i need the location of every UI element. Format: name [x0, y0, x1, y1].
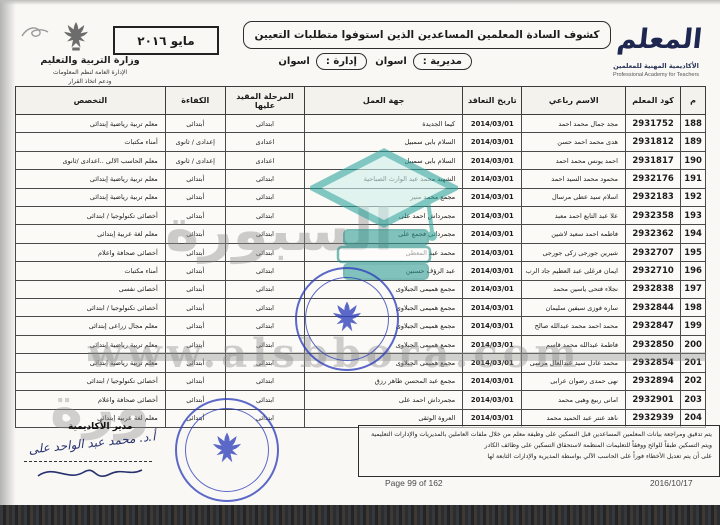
cell-date: 2014/03/01 [463, 207, 522, 225]
cell-specialty: أمناء مكتبات [16, 133, 166, 151]
cell-specialty: أخصائى صحافة واعلام [16, 391, 166, 409]
cell-stage: ابتدائى [225, 280, 304, 298]
cell-no: 194 [681, 225, 706, 243]
cell-date: 2014/03/01 [463, 188, 522, 206]
cell-specialty: أخصائى تكنولوجيا / ابتدائى [16, 299, 166, 317]
cell-competency: أبتدائى [165, 280, 225, 298]
header-name: الاسم رباعي [522, 87, 626, 115]
cell-specialty: معلم تربية رياضية إبتدائى [16, 170, 166, 188]
cell-no: 193 [681, 207, 706, 225]
cell-date: 2014/03/01 [463, 170, 522, 188]
graduation-cap-watermark-icon [310, 148, 458, 286]
page-number: Page 99 of 162 [385, 478, 443, 488]
cell-no: 188 [681, 115, 706, 133]
cell-no: 192 [681, 188, 706, 206]
cell-stage: ابتدائى [225, 207, 304, 225]
cell-stage: ابتدائى [225, 170, 304, 188]
cell-name: مجد جمال محمد احمد [522, 115, 626, 133]
cell-stage: ابتدائى [225, 317, 304, 335]
ministry-calligraphy: وزارة التربية والتعليم [30, 55, 150, 66]
cell-date: 2014/03/01 [463, 280, 522, 298]
scan-edge-top [0, 0, 720, 5]
header-specialty: التخصص [16, 87, 166, 115]
footer-notes-box: يتم تدقيق ومراجعة بيانات المعلمين المساع… [358, 425, 720, 477]
footer-note-line3: على أن يتم تعديل الأخطاء فوراً على الحاس… [366, 451, 712, 462]
table-header-row: م كود المعلم الاسم رباعي تاريخ التعاقد ج… [16, 87, 706, 115]
document-title: كشوف السادة المعلمين المساعدين الذين است… [243, 21, 611, 49]
cell-no: 195 [681, 243, 706, 261]
footer-note-line1: يتم تدقيق ومراجعة بيانات المعلمين المساع… [366, 429, 712, 440]
cell-specialty: معلم مجال زراعى إبتدائى [16, 317, 166, 335]
ministry-support-line: ودعم اتخاذ القرار [28, 78, 152, 85]
cell-competency: أبتدائى [165, 262, 225, 280]
scanner-film-edge [0, 505, 720, 525]
header-competency: الكفاءة [165, 87, 225, 115]
cell-competency: أبتدائى [165, 317, 225, 335]
print-date: 2016/10/17 [650, 478, 693, 488]
cell-date: 2014/03/01 [463, 262, 522, 280]
cell-competency: أبتدائى [165, 170, 225, 188]
cell-date: 2014/03/01 [463, 299, 522, 317]
cell-code: 2932176 [625, 170, 680, 188]
cell-date: 2014/03/01 [463, 225, 522, 243]
cell-name: محمد احمد محمد عبدالله صالح [522, 317, 626, 335]
cell-specialty: أخصائى صحافة واعلام [16, 243, 166, 261]
cell-code: 2932358 [625, 207, 680, 225]
cell-stage: اعدادى [225, 151, 304, 169]
table-row: 2022932894نهى حمدى رضوان عرابى2014/03/01… [16, 372, 706, 390]
cell-no: 202 [681, 372, 706, 390]
header-stage: المرحلة المقيد عليها [225, 87, 304, 115]
cell-date: 2014/03/01 [463, 151, 522, 169]
cell-name: نهى حمدى رضوان عرابى [522, 372, 626, 390]
cell-stage: ابتدائى [225, 299, 304, 317]
cell-date: 2014/03/01 [463, 372, 522, 390]
cell-name: هدى محمد احمد حسن [522, 133, 626, 151]
administration-value: اسوان [278, 56, 310, 67]
cell-date: 2014/03/01 [463, 115, 522, 133]
cell-code: 2931812 [625, 133, 680, 151]
cell-no: 190 [681, 151, 706, 169]
cell-name: علا عبد التابع احمد معبد [522, 207, 626, 225]
cell-date: 2014/03/01 [463, 133, 522, 151]
header-date: تاريخ التعاقد [463, 87, 522, 115]
cell-stage: ابتدائى [225, 225, 304, 243]
cell-no: 199 [681, 317, 706, 335]
cell-code: 2931817 [625, 151, 680, 169]
cell-code: 2932710 [625, 262, 680, 280]
cell-name: محمود محمد السيد احمد [522, 170, 626, 188]
cell-name: احمد يونس محمد احمد [522, 151, 626, 169]
cell-date: 2014/03/01 [463, 243, 522, 261]
cell-stage: اعدادى [225, 133, 304, 151]
cell-no: 196 [681, 262, 706, 280]
cell-competency: أبتدائى [165, 372, 225, 390]
cell-specialty: معلم الحاسب الالى ..اعدادى /ثانوى [16, 151, 166, 169]
cell-name: فاطمه احمد سعيد لاشين [522, 225, 626, 243]
cell-specialty: معلم لغة عربية إبتدائى [16, 225, 166, 243]
cell-specialty: أخصائى تكنولوجيا / ابتدائى [16, 372, 166, 390]
directorate-label: مديرية : [413, 53, 472, 70]
cell-stage: ابتدائى [225, 262, 304, 280]
cell-code: 2932707 [625, 243, 680, 261]
cell-competency: أبتدائى [165, 115, 225, 133]
cell-specialty: معلم تربية رياضية إبتدائى [16, 188, 166, 206]
directorate-field: مديرية : اسوان [375, 53, 472, 70]
directorate-value: اسوان [375, 56, 407, 67]
cell-date: 2014/03/01 [463, 317, 522, 335]
watermark-band [88, 352, 706, 361]
administration-label: إدارة : [316, 53, 367, 70]
header-code: كود المعلم [625, 87, 680, 115]
stamp-eagle-icon [326, 298, 368, 340]
cell-competency: أبتدائى [165, 243, 225, 261]
cell-stage: ابتدائى [225, 188, 304, 206]
cell-competency: أبتدائى [165, 207, 225, 225]
cell-specialty: معلم تربية رياضية إبتدائى [16, 115, 166, 133]
month-box: مايو ٢٠١٦ [113, 26, 219, 55]
scan-edge-left [0, 0, 16, 507]
cell-name: نجلاء فتحى ياسين محمد [522, 280, 626, 298]
cell-code: 2932838 [625, 280, 680, 298]
signature-title: مدير الأكاديمية [68, 422, 132, 432]
cell-no: 198 [681, 299, 706, 317]
cell-code: 2932847 [625, 317, 680, 335]
administration-field: إدارة : اسوان [278, 53, 367, 70]
cell-specialty: أمناء مكتبات [16, 262, 166, 280]
academy-name-english: Professional Academy for Teachers [598, 72, 714, 78]
cell-name: شيرين جورجى زكى جورجى [522, 243, 626, 261]
cell-specialty: أخصائى نفسى [16, 280, 166, 298]
cell-name: ساره فوزى سيفين سليمان [522, 299, 626, 317]
cell-code: 2932901 [625, 391, 680, 409]
cell-specialty: أخصائى تكنولوجيا / ابتدائى [16, 207, 166, 225]
cell-no: 189 [681, 133, 706, 151]
cell-competency: إعدادى / ثانوى [165, 151, 225, 169]
cell-name: ايمان فرغلى عبد العظيم جاد الرب [522, 262, 626, 280]
official-round-stamp-bottom [175, 398, 279, 502]
cell-name: امانى ربيع وهبى محمد [522, 391, 626, 409]
stamp-eagle-icon [206, 429, 248, 471]
footer-note-line2: ويتم التسكين طبقاً للوائح ووفقاً للتعليم… [366, 440, 712, 451]
cell-workplace: كيما الجديدة [305, 115, 463, 133]
cell-workplace: مجمع عبد المحسن طاهر رزق [305, 372, 463, 390]
cell-competency: إعدادى / ثانوى [165, 133, 225, 151]
cell-no: 191 [681, 170, 706, 188]
cell-no: 203 [681, 391, 706, 409]
cell-code: 2932362 [625, 225, 680, 243]
cell-code: 2931752 [625, 115, 680, 133]
academy-logo-calligraphy: المعلم [624, 18, 705, 62]
official-round-stamp-middle [295, 267, 399, 371]
cell-stage: ابتدائى [225, 115, 304, 133]
table-row: 2032932901امانى ربيع وهبى محمد2014/03/01… [16, 391, 706, 409]
academy-name-arabic: الأكاديمية المهنية للمعلمين [598, 62, 714, 70]
cell-code: 2932844 [625, 299, 680, 317]
cell-competency: أبتدائى [165, 188, 225, 206]
cell-no: 197 [681, 280, 706, 298]
cell-competency: أبتدائى [165, 299, 225, 317]
ministry-department-line: الإدارة العامة لنظم المعلومات [28, 69, 152, 76]
cell-stage: ابتدائى [225, 372, 304, 390]
cell-workplace: مجمرداش احمد على [305, 391, 463, 409]
cell-code: 2932183 [625, 188, 680, 206]
handwritten-mark [18, 22, 52, 44]
header-no: م [681, 87, 706, 115]
scanned-document: وزارة التربية والتعليم الإدارة العامة لن… [0, 0, 720, 525]
cell-stage: ابتدائى [225, 243, 304, 261]
eagle-emblem-icon [58, 18, 94, 56]
cell-competency: أبتدائى [165, 225, 225, 243]
cell-name: اسلام سيد عطى مرسال [522, 188, 626, 206]
header-workplace: جهة العمل [305, 87, 463, 115]
table-row: 1882931752مجد جمال محمد احمد2014/03/01كي… [16, 115, 706, 133]
cell-date: 2014/03/01 [463, 391, 522, 409]
signature-squiggle [34, 462, 146, 486]
cell-code: 2932894 [625, 372, 680, 390]
